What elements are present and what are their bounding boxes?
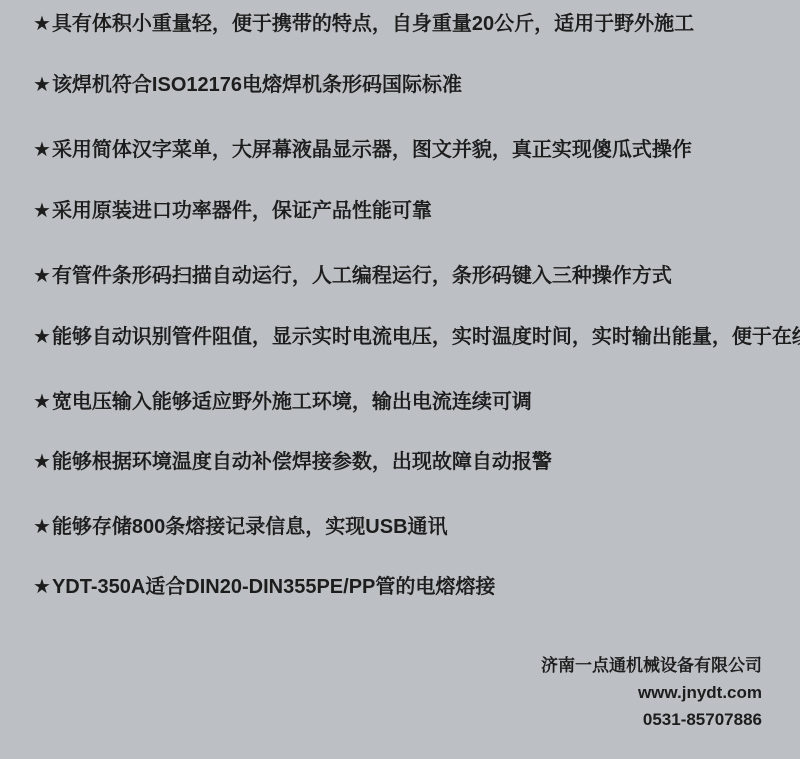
star-bullet-icon: ★: [33, 200, 51, 223]
product-features-page: ★具有体积小重量轻，便于携带的特点，自身重量20公斤，适用于野外施工 ★该焊机符…: [0, 0, 800, 759]
company-phone: 0531-85707886: [541, 706, 762, 733]
feature-item: ★YDT-350A适合DIN20-DIN355PE/PP管的电熔熔接: [33, 576, 495, 599]
star-bullet-icon: ★: [33, 391, 51, 414]
feature-item: ★有管件条形码扫描自动运行，人工编程运行，条形码键入三种操作方式: [33, 265, 672, 288]
star-bullet-icon: ★: [33, 576, 51, 599]
company-name: 济南一点通机械设备有限公司: [541, 652, 762, 679]
star-bullet-icon: ★: [33, 265, 51, 288]
feature-item: ★能够自动识别管件阻值，显示实时电流电压，实时温度时间，实时输出能量，便于在线监…: [33, 326, 800, 349]
feature-text: 具有体积小重量轻，便于携带的特点，自身重量20公斤，适用于野外施工: [52, 13, 694, 35]
feature-item: ★能够存储800条熔接记录信息，实现USB通讯: [33, 516, 448, 539]
feature-text: 能够存储800条熔接记录信息，实现USB通讯: [52, 516, 448, 538]
company-info: 济南一点通机械设备有限公司 www.jnydt.com 0531-8570788…: [541, 652, 762, 733]
feature-text: 宽电压输入能够适应野外施工环境，输出电流连续可调: [52, 391, 532, 413]
star-bullet-icon: ★: [33, 13, 51, 36]
feature-text: 有管件条形码扫描自动运行，人工编程运行，条形码键入三种操作方式: [52, 265, 672, 287]
feature-text: 采用简体汉字菜单，大屏幕液晶显示器，图文并貌，真正实现傻瓜式操作: [52, 139, 692, 161]
star-bullet-icon: ★: [33, 74, 51, 97]
feature-text: 能够根据环境温度自动补偿焊接参数，出现故障自动报警: [52, 451, 552, 473]
star-bullet-icon: ★: [33, 326, 51, 349]
star-bullet-icon: ★: [33, 516, 51, 539]
feature-text: 能够自动识别管件阻值，显示实时电流电压，实时温度时间，实时输出能量，便于在线监控: [52, 326, 800, 348]
feature-item: ★能够根据环境温度自动补偿焊接参数，出现故障自动报警: [33, 451, 552, 474]
feature-item: ★具有体积小重量轻，便于携带的特点，自身重量20公斤，适用于野外施工: [33, 13, 694, 36]
feature-text: YDT-350A适合DIN20-DIN355PE/PP管的电熔熔接: [52, 576, 495, 598]
feature-text: 采用原装进口功率器件，保证产品性能可靠: [52, 200, 432, 222]
star-bullet-icon: ★: [33, 139, 51, 162]
feature-item: ★宽电压输入能够适应野外施工环境，输出电流连续可调: [33, 391, 532, 414]
feature-text: 该焊机符合ISO12176电熔焊机条形码国际标准: [52, 74, 462, 96]
feature-item: ★采用原装进口功率器件，保证产品性能可靠: [33, 200, 432, 223]
feature-item: ★采用简体汉字菜单，大屏幕液晶显示器，图文并貌，真正实现傻瓜式操作: [33, 139, 692, 162]
company-website: www.jnydt.com: [541, 679, 762, 706]
feature-item: ★该焊机符合ISO12176电熔焊机条形码国际标准: [33, 74, 462, 97]
star-bullet-icon: ★: [33, 451, 51, 474]
